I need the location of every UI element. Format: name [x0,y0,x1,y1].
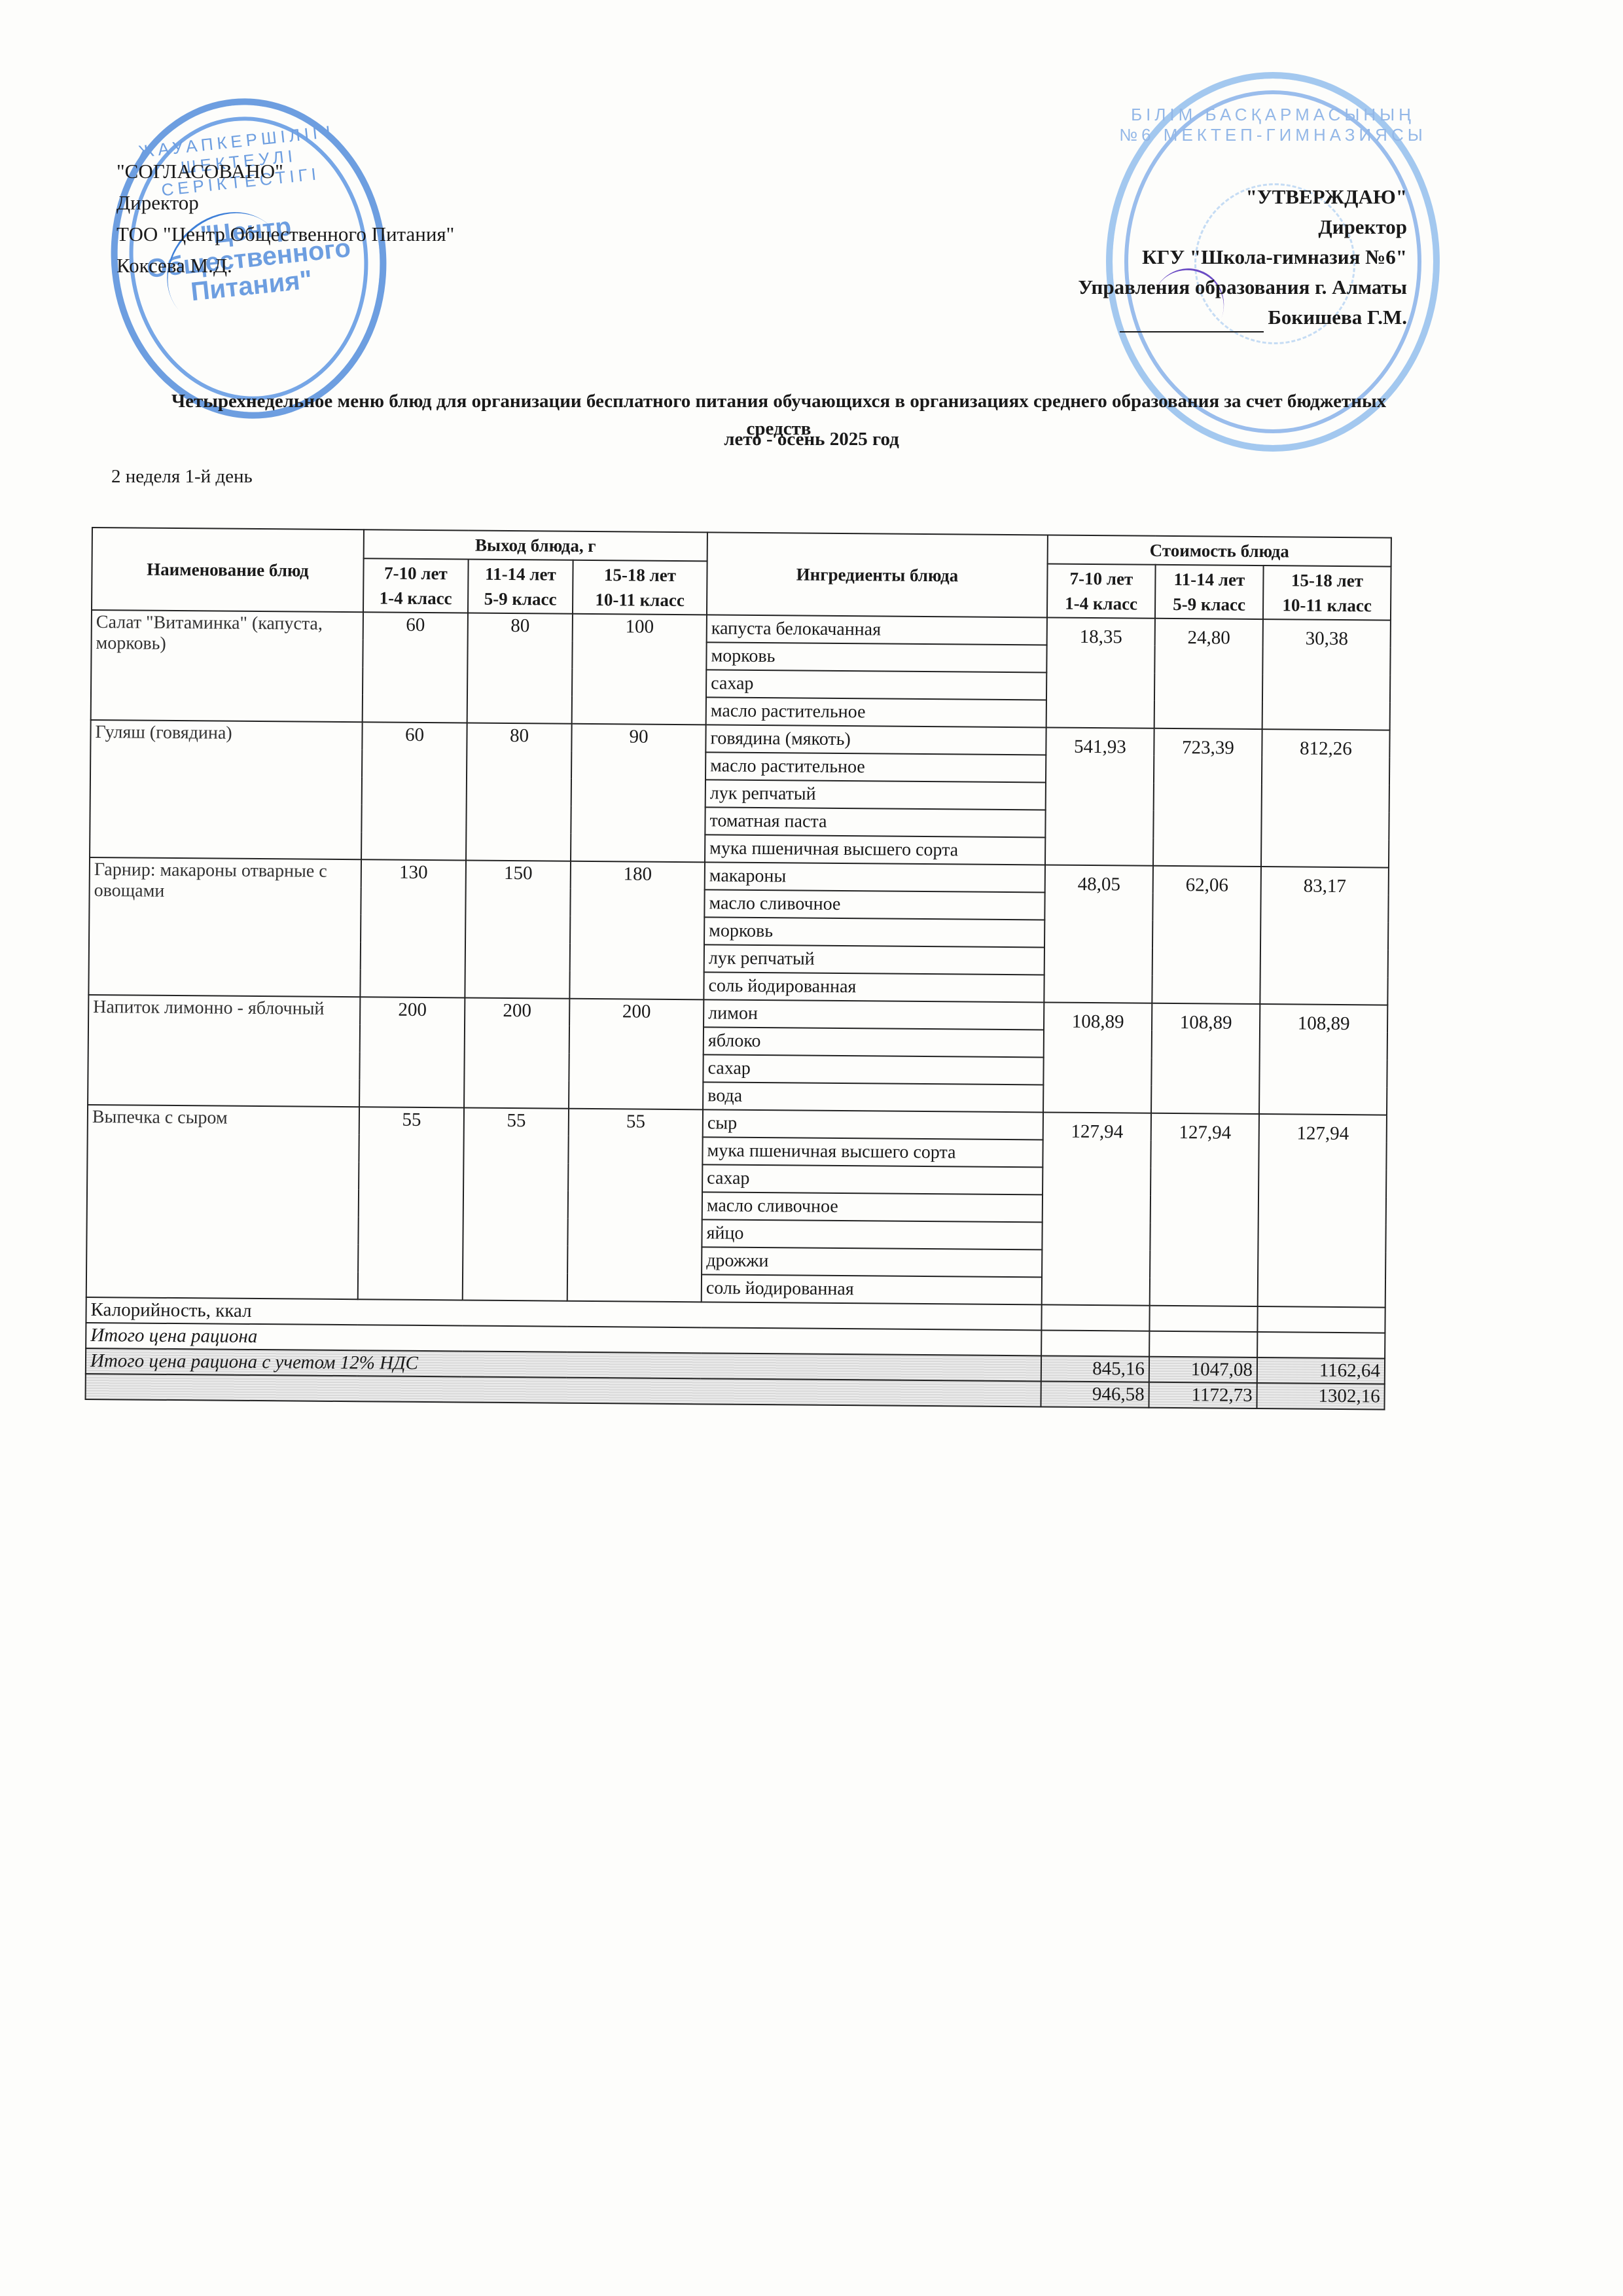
approval-name: Коксева М.Д. [116,250,454,281]
dish-yield: 100 [572,614,707,725]
dish-yield: 200 [359,997,465,1107]
dish-yield: 80 [467,613,573,724]
dish-cost: 18,35 [1046,617,1155,728]
ingredient: дрожжи [702,1247,1042,1277]
dish-cost: 108,89 [1259,1004,1387,1115]
approval-name: Бокишева Г.М. [1268,306,1407,329]
ingredient: масло растительное [706,697,1046,727]
ingredient: масло сливочное [702,1192,1043,1222]
total-vat-value-1: 946,58 [1041,1381,1149,1407]
dish-yield: 130 [360,859,466,997]
ingredient: яйцо [702,1219,1042,1249]
dish-yield: 90 [571,724,706,863]
dish-yield: 180 [569,861,705,1000]
dish-cost: 30,38 [1262,619,1391,730]
ingredient: яблоко [704,1027,1044,1057]
ingredient: лук репчатый [704,944,1044,975]
ingredient: вода [703,1082,1043,1112]
header-yield-age-3: 15-18 лет10-11 класс [573,560,707,615]
ingredient: сахар [702,1164,1043,1194]
dish-yield: 55 [463,1107,569,1300]
total-vat-value-3: 1302,16 [1257,1383,1385,1410]
dish-cost: 83,17 [1260,867,1389,1005]
signature-line [1120,312,1264,332]
approval-block-left: "СОГЛАСОВАНО" Директор ТОО "Центр Общест… [116,156,454,281]
ingredient: лук репчатый [705,780,1046,810]
stamp-ring-text: БІЛІМ БАСҚАРМАСЫНЫҢ №6 МЕКТЕП-ГИМНАЗИЯСЫ [1113,105,1433,145]
ingredient: сахар [703,1054,1043,1085]
ingredient: морковь [706,642,1046,672]
ingredient: сахар [706,670,1046,700]
ingredient: лимон [704,999,1044,1030]
ingredient: мука пшеничная высшего сорта [705,834,1045,865]
header-cost-age-1: 7-10 лет1-4 класс [1047,564,1156,618]
total-value-1: 845,16 [1041,1355,1149,1382]
ingredient: мука пшеничная высшего сорта [702,1137,1043,1167]
dish-yield: 60 [363,612,468,723]
dish-cost: 108,89 [1151,1003,1260,1114]
dish-cost: 127,94 [1258,1114,1387,1308]
dish-yield: 200 [569,999,704,1110]
dish-cost: 812,26 [1261,729,1390,868]
approval-dept: Управления образования г. Алматы [1078,272,1407,302]
dish-name: Напиток лимонно - яблочный [88,995,360,1107]
dish-name: Салат "Витаминка" (капуста, морковь) [91,610,363,722]
dish-cost: 127,94 [1042,1112,1151,1305]
ingredient: масло растительное [705,752,1046,782]
dish-cost: 24,80 [1154,619,1263,729]
dish-cost: 62,06 [1152,866,1261,1004]
total-vat-value-2: 1172,73 [1149,1382,1257,1408]
approval-org: КГУ "Школа-гимназия №6" [1078,242,1407,272]
menu-table: Наименование блюд Выход блюда, г Ингреди… [85,527,1392,1410]
dish-yield: 55 [567,1109,703,1302]
dish-cost: 48,05 [1044,865,1153,1003]
approval-heading: "СОГЛАСОВАНО" [116,156,454,187]
dish-yield: 60 [361,722,467,860]
dish-cost: 108,89 [1043,1002,1152,1113]
header-yield-age-1: 7-10 лет1-4 класс [363,558,469,613]
header-cost-group: Стоимость блюда [1048,535,1391,566]
ingredient: макароны [705,862,1045,892]
season-label: лето - осень 2025 год [0,429,1623,450]
day-label: 2 неделя 1-й день [111,466,253,488]
total-value-2: 1047,08 [1149,1357,1257,1383]
dish-name: Гуляш (говядина) [90,720,363,859]
approval-heading: "УТВЕРЖДАЮ" [1078,182,1407,212]
menu-table-body: Салат "Витаминка" (капуста, морковь)6080… [86,610,1391,1308]
dish-cost: 541,93 [1045,727,1154,865]
ingredient: масло сливочное [704,889,1044,920]
dish-yield: 200 [464,998,569,1109]
approval-org: ТОО "Центр Общественного Питания" [116,219,454,250]
dish-cost: 127,94 [1150,1113,1259,1306]
ingredient: соль йодированная [702,1274,1042,1304]
approval-role: Директор [116,187,454,219]
header-dish-name: Наименование блюд [92,528,364,612]
total-value-3: 1162,64 [1257,1357,1385,1384]
ingredient: морковь [704,917,1044,947]
header-yield-age-2: 11-14 лет5-9 класс [468,560,573,614]
header-yield-group: Выход блюда, г [364,529,707,561]
ingredient: томатная паста [705,807,1045,837]
ingredient: соль йодированная [704,972,1044,1002]
ingredient: капуста белокачанная [707,615,1047,645]
dish-yield: 80 [466,723,572,861]
header-cost-age-3: 15-18 лет10-11 класс [1263,565,1391,620]
approval-role: Директор [1078,212,1407,242]
approval-block-right: "УТВЕРЖДАЮ" Директор КГУ "Школа-гимназия… [1078,182,1407,332]
dish-name: Выпечка с сыром [86,1105,359,1299]
dish-yield: 55 [358,1107,464,1300]
header-ingredients: Ингредиенты блюда [707,532,1048,617]
dish-yield: 150 [465,861,571,999]
ingredient: говядина (мякоть) [705,725,1046,755]
header-cost-age-2: 11-14 лет5-9 класс [1155,565,1264,619]
dish-name: Гарнир: макароны отварные с овощами [88,857,361,997]
dish-cost: 723,39 [1153,728,1262,867]
ingredient: сыр [703,1109,1043,1139]
